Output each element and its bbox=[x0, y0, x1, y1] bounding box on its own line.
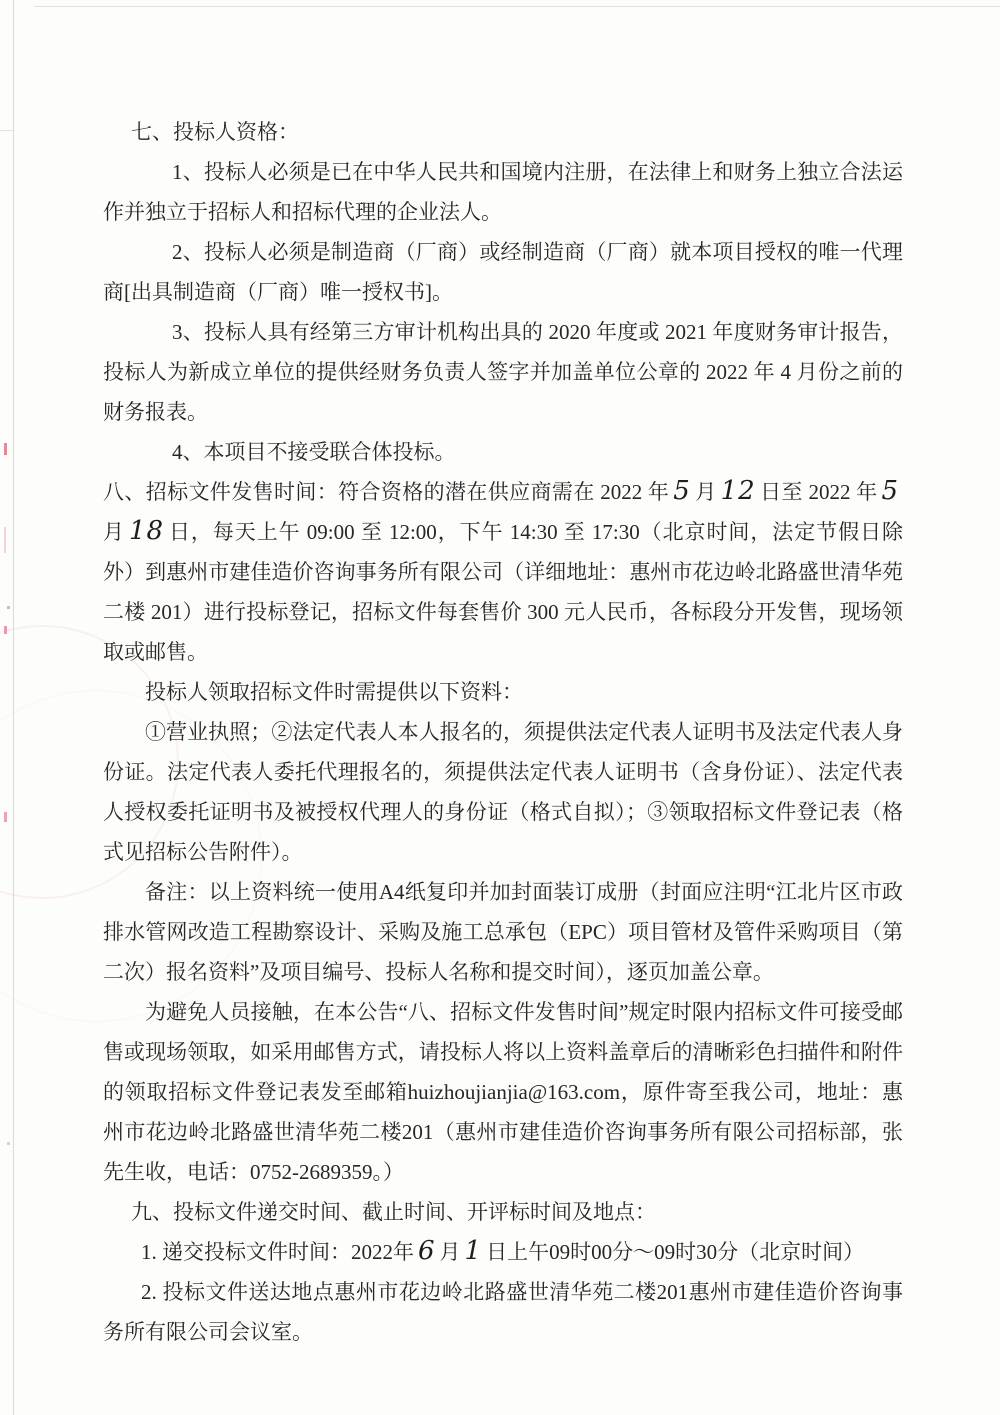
mail-option: 为避免人员接触，在本公告“八、招标文件发售时间”规定时限内招标文件可接受邮售或现… bbox=[103, 992, 903, 1192]
teal-edge-mark bbox=[7, 606, 10, 609]
materials-list: ①营业执照；②法定代表人本人报名的，须提供法定代表人证明书及法定代表人身份证。法… bbox=[103, 712, 903, 872]
teal-edge-mark bbox=[7, 1142, 10, 1145]
section-7-item-1: 1、投标人必须是已在中华人民共和国境内注册，在法律上和财务上独立合法运作并独立于… bbox=[103, 152, 903, 232]
red-edge-mark bbox=[4, 443, 7, 455]
handwritten-date-digit: 12 bbox=[717, 476, 760, 506]
text-run: 3、投标人具有经第三方审计机构出具的 2020 年度或 2021 年度财务审计报… bbox=[103, 320, 903, 424]
text-run: 日至 2022 年 bbox=[760, 480, 878, 504]
text-run: ①营业执照；②法定代表人本人报名的，须提供法定代表人证明书及法定代表人身份证。法… bbox=[103, 720, 903, 864]
text-run: 月 bbox=[695, 480, 717, 504]
section-7-item-3: 3、投标人具有经第三方审计机构出具的 2020 年度或 2021 年度财务审计报… bbox=[103, 312, 903, 432]
scan-edge-tick bbox=[0, 130, 13, 131]
handwritten-date-digit: 18 bbox=[125, 516, 168, 546]
text-run: 九、投标文件递交时间、截止时间、开评标时间及地点： bbox=[131, 1200, 656, 1224]
section-9-item-1: 1. 递交投标文件时间：2022年6月1日上午09时00分～09时30分（北京时… bbox=[103, 1232, 903, 1272]
red-edge-mark bbox=[4, 527, 6, 553]
section-7-item-4: 4、本项目不接受联合体投标。 bbox=[103, 432, 903, 472]
text-run: 日上午09时00分～09时30分（北京时间） bbox=[486, 1240, 864, 1264]
text-run: 2. 投标文件送达地点惠州市花边岭北路盛世清华苑二楼201惠州市建佳造价咨询事务… bbox=[103, 1280, 903, 1344]
document-text: 七、投标人资格：1、投标人必须是已在中华人民共和国境内注册，在法律上和财务上独立… bbox=[103, 112, 903, 1352]
handwritten-date-digit: 6 bbox=[414, 1236, 440, 1266]
section-9-item-2: 2. 投标文件送达地点惠州市花边岭北路盛世清华苑二楼201惠州市建佳造价咨询事务… bbox=[103, 1272, 903, 1352]
section-7-heading: 七、投标人资格： bbox=[103, 112, 903, 152]
text-run: 八、招标文件发售时间：符合资格的潜在供应商需在 2022 年 bbox=[103, 480, 669, 504]
scanned-document-page: 七、投标人资格：1、投标人必须是已在中华人民共和国境内注册，在法律上和财务上独立… bbox=[0, 0, 1000, 1415]
text-run: 4、本项目不接受联合体投标。 bbox=[172, 440, 456, 464]
text-run: 七、投标人资格： bbox=[131, 120, 299, 144]
text-run: 投标人领取招标文件时需提供以下资料： bbox=[145, 680, 523, 704]
text-run: 日，每天上午 09:00 至 12:00，下午 14:30 至 17:30（北京… bbox=[103, 520, 903, 664]
text-run: 1、投标人必须是已在中华人民共和国境内注册，在法律上和财务上独立合法运作并独立于… bbox=[103, 160, 903, 224]
handwritten-date-digit: 5 bbox=[669, 476, 695, 506]
text-run: 月 bbox=[103, 520, 125, 544]
text-run: 2、投标人必须是制造商（厂商）或经制造商（厂商）就本项目授权的唯一代理商[出具制… bbox=[103, 240, 903, 304]
text-run: 月 bbox=[440, 1240, 461, 1264]
red-edge-mark bbox=[4, 812, 7, 822]
text-run: 为避免人员接触，在本公告“八、招标文件发售时间”规定时限内招标文件可接受邮售或现… bbox=[103, 1000, 903, 1184]
materials-intro: 投标人领取招标文件时需提供以下资料： bbox=[103, 672, 903, 712]
section-9-heading: 九、投标文件递交时间、截止时间、开评标时间及地点： bbox=[103, 1192, 903, 1232]
text-run: 备注：以上资料统一使用A4纸复印并加封面装订成册（封面应注明“江北片区市政排水管… bbox=[103, 880, 903, 984]
handwritten-date-digit: 5 bbox=[877, 476, 903, 506]
red-edge-mark bbox=[4, 626, 7, 634]
section-7-item-2: 2、投标人必须是制造商（厂商）或经制造商（厂商）就本项目授权的唯一代理商[出具制… bbox=[103, 232, 903, 312]
remark-binding: 备注：以上资料统一使用A4纸复印并加封面装订成册（封面应注明“江北片区市政排水管… bbox=[103, 872, 903, 992]
section-8-sale-time: 八、招标文件发售时间：符合资格的潜在供应商需在 2022 年5月12日至 202… bbox=[103, 472, 903, 672]
scan-top-edge-line bbox=[34, 6, 1000, 7]
handwritten-date-digit: 1 bbox=[461, 1236, 487, 1266]
text-run: 1. 递交投标文件时间：2022年 bbox=[141, 1240, 414, 1264]
